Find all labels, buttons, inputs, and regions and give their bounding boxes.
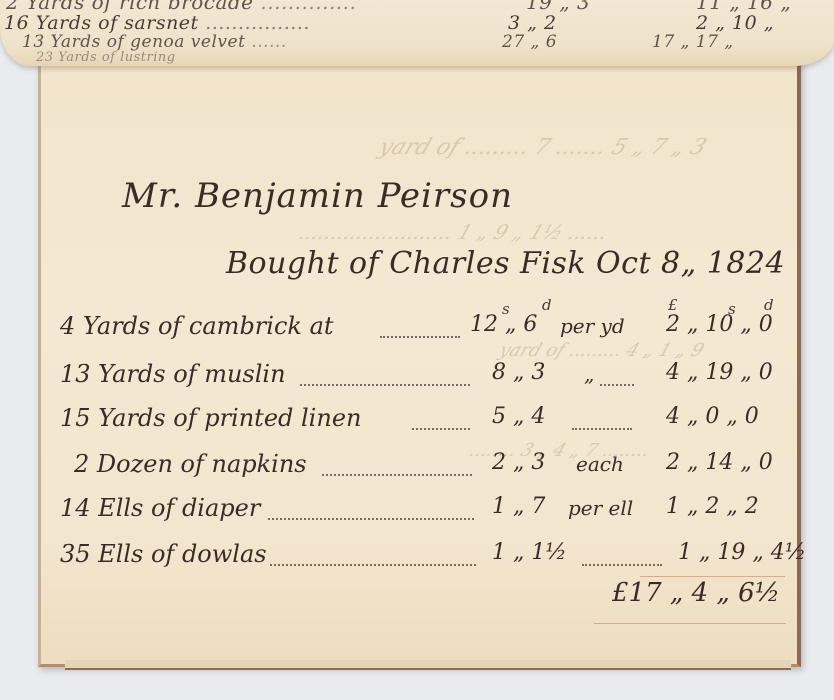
dotted-leader xyxy=(380,336,460,338)
item-description: 4 Yards of cambrick at xyxy=(60,312,334,340)
invoice-total: £17 „ 4 „ 6½ xyxy=(612,578,780,608)
item-price: 5 „ 4 xyxy=(492,404,545,429)
invoice-heading: Bought of Charles Fisk Oct 8„ 1824 xyxy=(226,246,785,281)
previous-page-curl: 2 Yards of rich brocade .............. 1… xyxy=(0,0,834,66)
item-description: 35 Ells of dowlas xyxy=(60,540,267,568)
item-price: 8 „ 3 xyxy=(492,360,545,385)
dotted-leader xyxy=(270,564,476,566)
invoice-line-item: 4 Yards of cambrick at 12 „ 6 per yd 2 „… xyxy=(60,312,790,352)
item-unit: „ xyxy=(584,362,594,386)
invoice-line-item: 15 Yards of printed linen 5 „ 4 4 „ 0 „ … xyxy=(60,404,790,444)
previous-line: 23 Yards of lustring xyxy=(36,50,176,65)
customer-name: Mr. Benjamin Peirson xyxy=(122,176,513,216)
item-description: 2 Dozen of napkins xyxy=(74,450,307,478)
previous-line: 13 Yards of genoa velvet ...... 27 „ 6 1… xyxy=(22,32,287,52)
sum-rule xyxy=(640,576,785,577)
item-description: 13 Yards of muslin xyxy=(60,360,286,388)
item-amount: 2 „ 10 „ 0 xyxy=(666,312,773,337)
item-amount: 1 „ 19 „ 4½ xyxy=(678,540,806,565)
previous-line: 16 Yards of sarsnet ................ 3 „… xyxy=(4,12,310,34)
item-price: 12 „ 6 xyxy=(470,312,537,337)
total-rule xyxy=(594,623,786,624)
item-amount: 2 „ 14 „ 0 xyxy=(666,450,773,475)
item-amount: 4 „ 19 „ 0 xyxy=(666,360,773,385)
item-description: 14 Ells of diaper xyxy=(60,494,260,522)
item-unit: per yd xyxy=(560,314,625,338)
item-price: 1 „ 1½ xyxy=(492,540,567,565)
dotted-leader xyxy=(412,428,470,430)
item-unit: per ell xyxy=(568,496,633,520)
item-amount: 4 „ 0 „ 0 xyxy=(666,404,759,429)
bleed-through-text: ........................ 1 „ 9 „ 1½ ....… xyxy=(296,220,612,244)
dotted-leader xyxy=(600,384,634,386)
item-unit: each xyxy=(576,452,624,476)
dotted-leader xyxy=(300,384,470,386)
invoice-line-item: 35 Ells of dowlas 1 „ 1½ 1 „ 19 „ 4½ xyxy=(60,540,790,580)
item-description: 15 Yards of printed linen xyxy=(60,404,361,432)
item-price: 1 „ 7 xyxy=(492,494,545,519)
dotted-leader xyxy=(268,518,474,520)
invoice-line-item: 2 Dozen of napkins 2 „ 3 each 2 „ 14 „ 0 xyxy=(60,450,790,490)
item-amount: 1 „ 2 „ 2 xyxy=(666,494,759,519)
dotted-leader xyxy=(322,474,472,476)
invoice-line-item: 14 Ells of diaper 1 „ 7 per ell 1 „ 2 „ … xyxy=(60,494,790,534)
item-price: 2 „ 3 xyxy=(492,450,545,475)
invoice-line-item: 13 Yards of muslin 8 „ 3 „ 4 „ 19 „ 0 xyxy=(60,360,790,400)
dotted-leader xyxy=(582,564,662,566)
dotted-leader xyxy=(572,428,632,430)
document-photo: 2 Yards of rich brocade .............. 1… xyxy=(0,0,834,700)
bleed-through-text: yard of ......... 7 ....... 5 „ 7 „ 3 xyxy=(375,135,709,160)
